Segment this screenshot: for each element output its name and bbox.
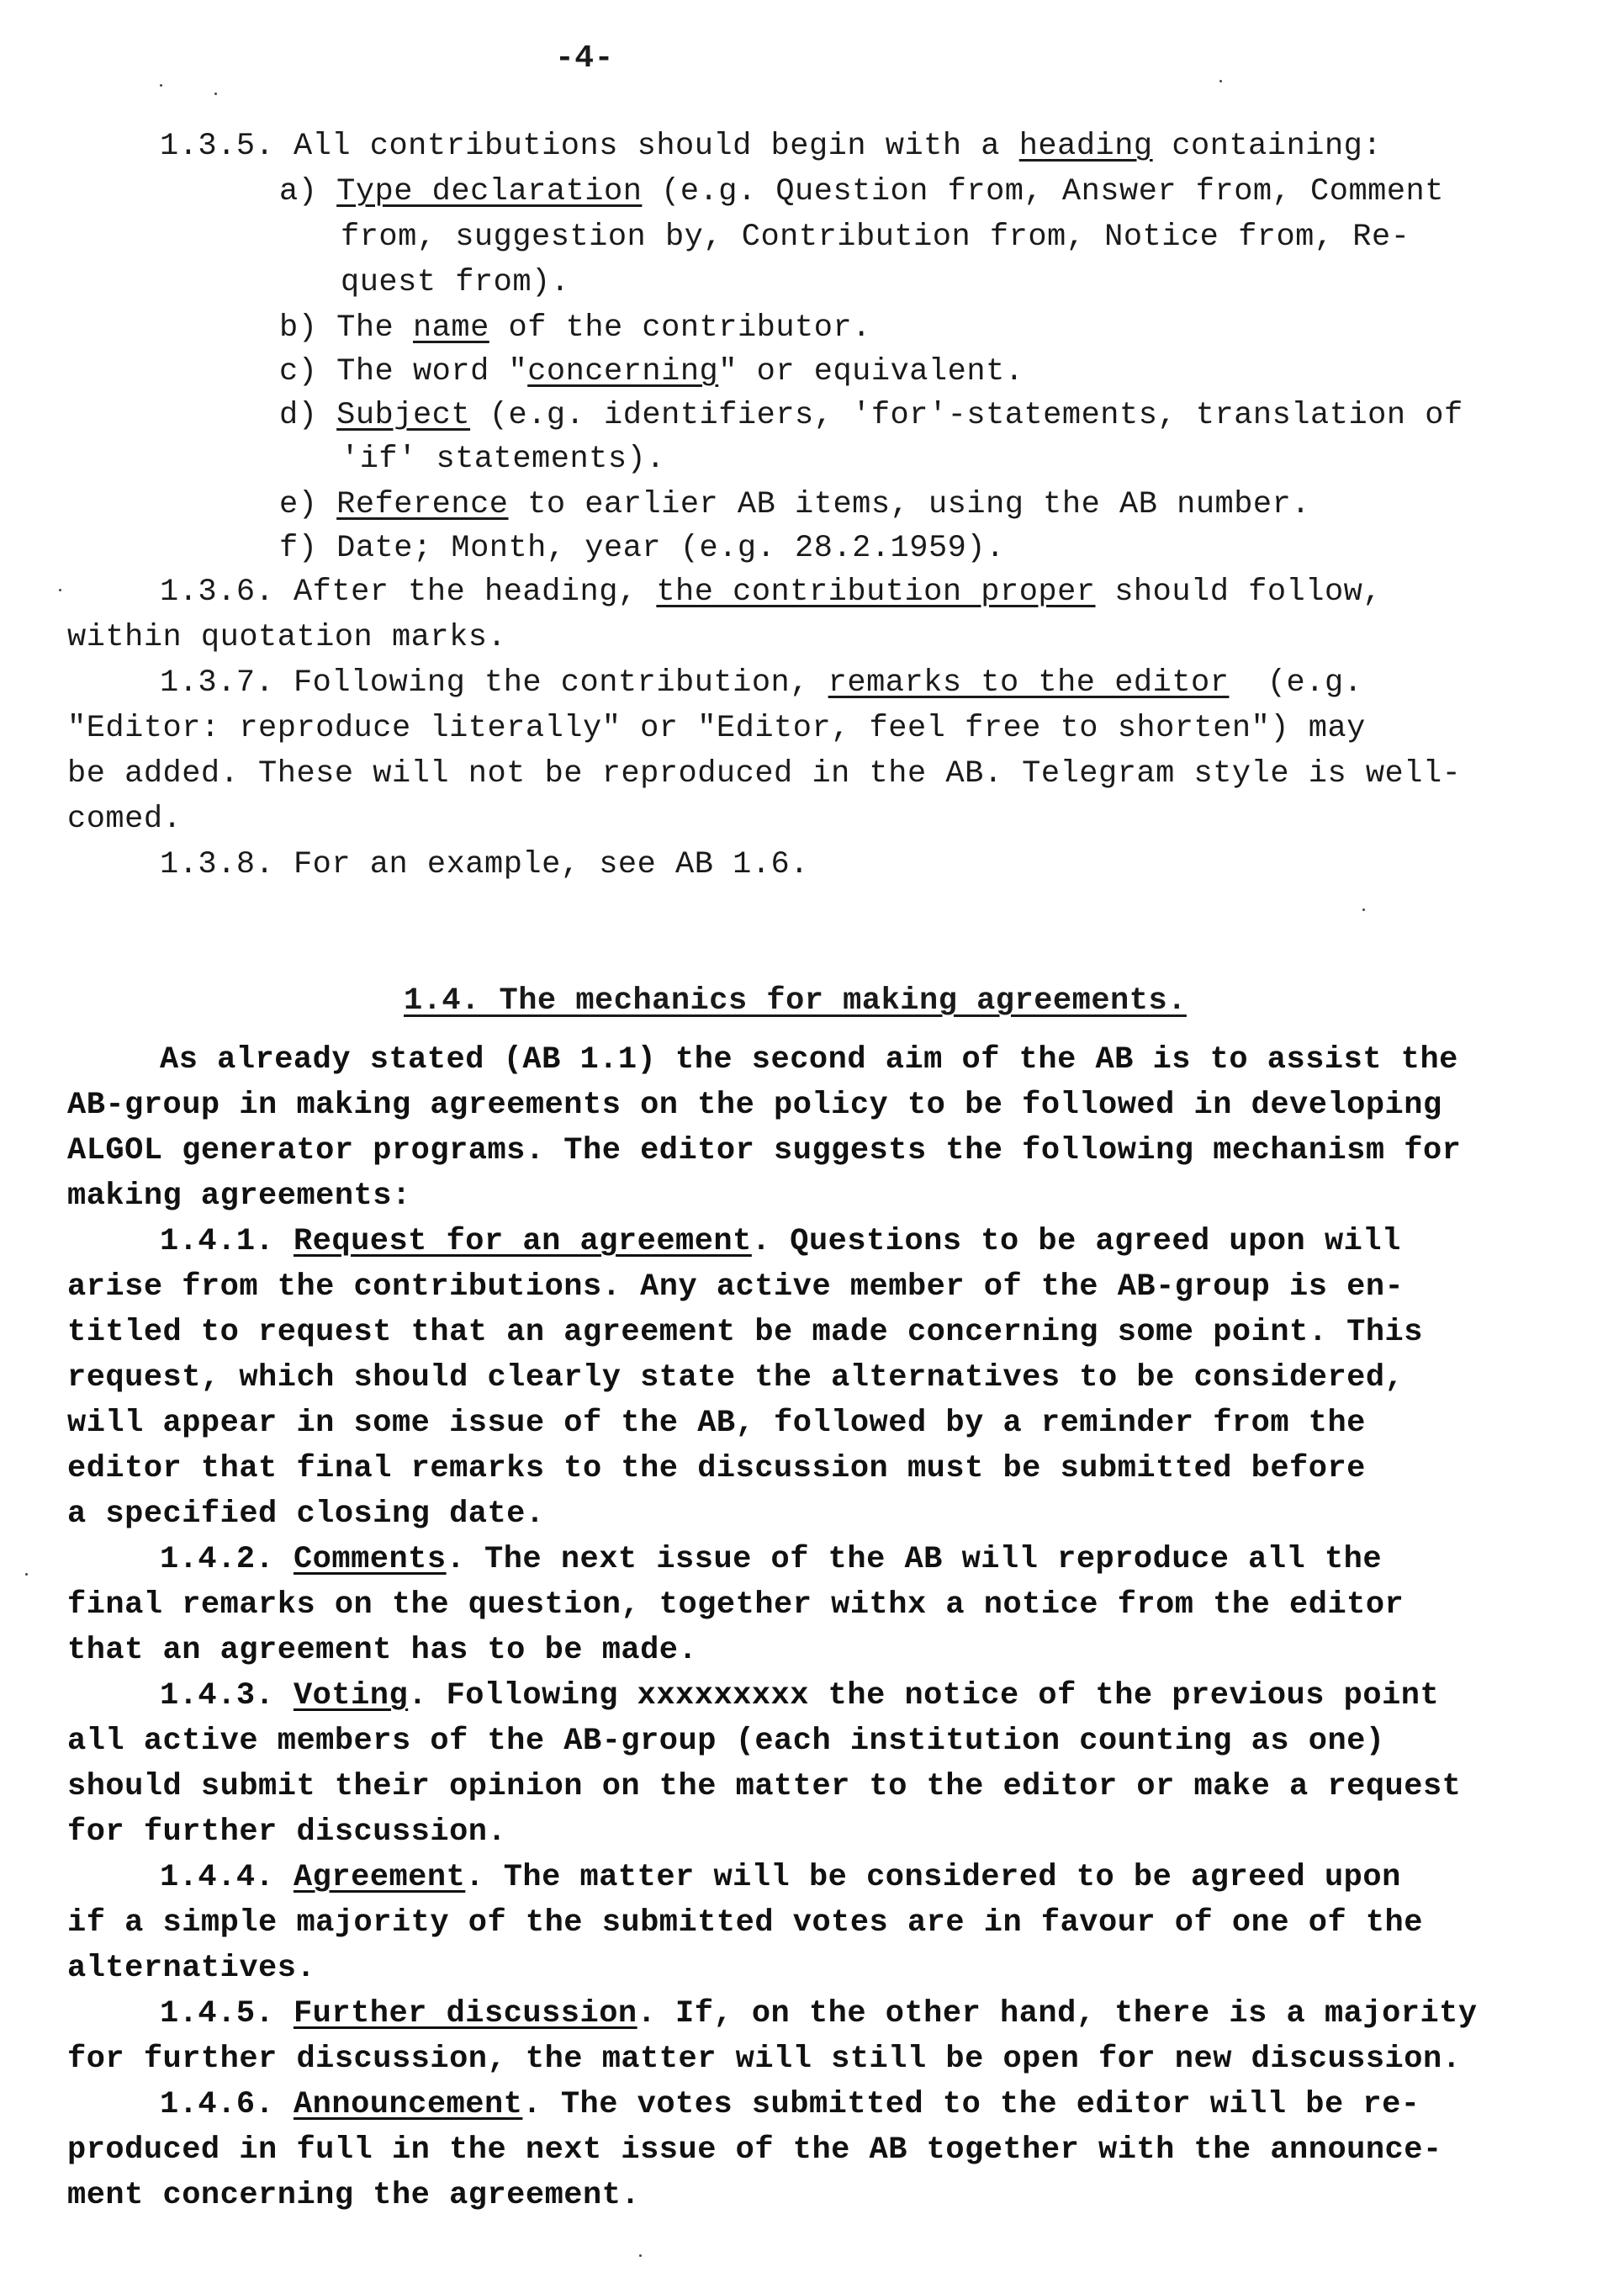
subsection-1-4-4-cont: alternatives. [67, 1950, 315, 1987]
subsection-1-4-6-cont: produced in full in the next issue of th… [67, 2132, 1442, 2169]
item-text: (e.g. identifiers, 'for'-statements, tra… [470, 398, 1463, 433]
list-item-d: d) Subject (e.g. identifiers, 'for'-stat… [279, 397, 1463, 434]
subsection-1-4-5-cont: for further discussion, the matter will … [67, 2041, 1461, 2078]
subsection-1-4-1-cont: arise from the contributions. Any active… [67, 1269, 1404, 1306]
section-number: 1.3.6. [160, 575, 274, 610]
underlined-term: Voting [294, 1678, 408, 1714]
subsection-1-4-1-cont: titled to request that an agreement be m… [67, 1314, 1423, 1351]
section-text: Following the contribution, [294, 665, 828, 701]
item-label: d) [279, 398, 317, 433]
subsection-1-4-3-cont: for further discussion. [67, 1814, 506, 1851]
section-1-3-6-cont: within quotation marks. [67, 619, 506, 656]
intro-text: All contributions should begin with a [294, 129, 1019, 164]
section-text: . The matter will be considered to be ag… [465, 1860, 1400, 1895]
scan-speck [1362, 908, 1365, 911]
section-text-end: (e.g. [1229, 665, 1362, 701]
scan-speck [25, 1573, 28, 1576]
subsection-1-4-3-cont: should submit their opinion on the matte… [67, 1768, 1461, 1805]
subsection-1-4-5: 1.4.5. Further discussion. If, on the ot… [160, 1995, 1478, 2032]
section-text: After the heading, [294, 575, 656, 610]
section-text: . If, on the other hand, there is a majo… [637, 1996, 1478, 2031]
scan-speck [59, 589, 61, 591]
page-number: -4- [555, 40, 614, 77]
section-text: . Questions to be agreed upon will [752, 1224, 1401, 1259]
list-item-e: e) Reference to earlier AB items, using … [279, 486, 1310, 523]
section-number: 1.4.5. [160, 1996, 274, 2031]
underlined-term: name [413, 310, 489, 346]
intro-text-end: containing: [1153, 129, 1382, 164]
subsection-1-4-4: 1.4.4. Agreement. The matter will be con… [160, 1859, 1401, 1896]
section-1-3-7-cont-2: be added. These will not be reproduced i… [67, 755, 1461, 792]
item-label: e) [279, 487, 317, 522]
subsection-1-4-1: 1.4.1. Request for an agreement. Questio… [160, 1223, 1401, 1260]
section-1-3-7-cont-1: "Editor: reproduce literally" or "Editor… [67, 710, 1366, 747]
section-number: 1.3.5. [160, 129, 274, 164]
underlined-term: the contribution proper [656, 575, 1095, 610]
section-number: 1.3.7. [160, 665, 274, 701]
list-item-b: b) The name of the contributor. [279, 310, 871, 347]
underlined-term: Comments [294, 1542, 447, 1577]
list-item-a-cont-1: from, suggestion by, Contribution from, … [341, 219, 1410, 256]
item-label: f) [279, 531, 317, 566]
section-text: . The votes submitted to the editor will… [522, 2087, 1420, 2122]
intro-line-1: As already stated (AB 1.1) the second ai… [160, 1041, 1458, 1078]
underlined-term: heading [1019, 129, 1153, 164]
subsection-1-4-6-cont: ment concerning the agreement. [67, 2177, 640, 2214]
section-1-3-7-cont-3: comed. [67, 801, 182, 838]
item-text-end: " or equivalent. [718, 354, 1024, 389]
item-label: c) [279, 354, 317, 389]
section-1-3-7: 1.3.7. Following the contribution, remar… [160, 665, 1362, 702]
section-1-3-8: 1.3.8. For an example, see AB 1.6. [160, 846, 809, 883]
underlined-term: Request for an agreement [294, 1224, 752, 1259]
underlined-term: Reference [336, 487, 508, 522]
list-item-a-cont-2: quest from). [341, 264, 569, 301]
subsection-1-4-6: 1.4.6. Announcement. The votes submitted… [160, 2086, 1420, 2123]
scan-speck [214, 93, 217, 95]
section-heading-1-4: 1.4. The mechanics for making agreements… [404, 983, 1187, 1020]
intro-line-4: making agreements: [67, 1178, 411, 1215]
item-text: to earlier AB items, using the AB number… [508, 487, 1310, 522]
section-text: For an example, see AB 1.6. [294, 847, 809, 882]
underlined-term: Announcement [294, 2087, 522, 2122]
subsection-1-4-3: 1.4.3. Voting. Following xxxxxxxxx the n… [160, 1677, 1439, 1714]
list-item-a: a) Type declaration (e.g. Question from,… [279, 173, 1444, 210]
section-text-end: should follow, [1096, 575, 1383, 610]
underlined-term: Further discussion [294, 1996, 637, 2031]
section-number: 1.3.8. [160, 847, 274, 882]
section-number: 1.4.2. [160, 1542, 274, 1577]
list-item-f: f) Date; Month, year (e.g. 28.2.1959). [279, 530, 1005, 567]
scan-speck [1219, 80, 1222, 82]
item-text: The word " [336, 354, 527, 389]
subsection-1-4-1-cont: a specified closing date. [67, 1496, 545, 1533]
underlined-term: Agreement [294, 1860, 465, 1895]
subsection-1-4-1-cont: request, which should clearly state the … [67, 1359, 1404, 1396]
subsection-1-4-4-cont: if a simple majority of the submitted vo… [67, 1904, 1423, 1941]
section-1-3-6: 1.3.6. After the heading, the contributi… [160, 574, 1382, 611]
scan-speck [160, 84, 162, 87]
document-page: -4- 1.3.5. All contributions should begi… [0, 0, 1624, 2283]
section-number: 1.4.6. [160, 2087, 274, 2122]
item-text: Date; Month, year (e.g. 28.2.1959). [336, 531, 1005, 566]
subsection-1-4-1-cont: editor that final remarks to the discuss… [67, 1450, 1366, 1487]
intro-line-2: AB-group in making agreements on the pol… [67, 1087, 1442, 1124]
item-text: (e.g. Question from, Answer from, Commen… [642, 174, 1444, 209]
subsection-1-4-2-cont: final remarks on the question, together … [67, 1586, 1404, 1624]
underlined-term: Type declaration [336, 174, 642, 209]
list-item-d-cont: 'if' statements). [341, 441, 665, 478]
subsection-1-4-2: 1.4.2. Comments. The next issue of the A… [160, 1541, 1382, 1578]
underlined-term: Subject [336, 398, 470, 433]
subsection-1-4-1-cont: will appear in some issue of the AB, fol… [67, 1405, 1366, 1442]
section-number: 1.4.4. [160, 1860, 274, 1895]
underlined-term: remarks to the editor [828, 665, 1230, 701]
item-label: a) [279, 174, 317, 209]
item-text-end: of the contributor. [489, 310, 871, 346]
item-text: The [336, 310, 413, 346]
section-1-3-5-intro: 1.3.5. All contributions should begin wi… [160, 128, 1382, 165]
section-text: . The next issue of the AB will reproduc… [447, 1542, 1382, 1577]
item-label: b) [279, 310, 317, 346]
section-text: . Following xxxxxxxxx the notice of the … [408, 1678, 1439, 1714]
section-number: 1.4.3. [160, 1678, 274, 1714]
subsection-1-4-3-cont: all active members of the AB-group (each… [67, 1723, 1385, 1760]
underlined-term: concerning [527, 354, 718, 389]
subsection-1-4-2-cont: that an agreement has to be made. [67, 1632, 697, 1669]
scan-speck [639, 2254, 642, 2257]
intro-line-3: ALGOL generator programs. The editor sug… [67, 1132, 1461, 1169]
section-number: 1.4.1. [160, 1224, 274, 1259]
list-item-c: c) The word "concerning" or equivalent. [279, 353, 1024, 390]
